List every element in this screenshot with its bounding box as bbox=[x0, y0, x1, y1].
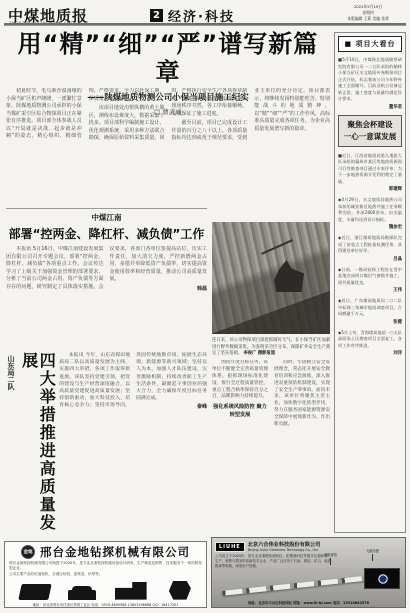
jindi-logo-icon: 金地 bbox=[21, 545, 35, 559]
product-photo-hydraulic-drill bbox=[115, 582, 147, 600]
ad-liuhe-company: 北京六合伟业科技股份有限公司 Beijing Liuhe Greatness T… bbox=[248, 541, 321, 552]
slogan-line-2: 一心一意谋发展 bbox=[339, 131, 401, 143]
brief-item: ◆4月29日，水文地质局地热公司承担的雄安新区地热井施工任务顺利完钻，井深280… bbox=[338, 197, 402, 223]
ad-jindi-contact: 地址：河北省邢台市任泽区邢湾工业区 电话：0319-4605588 136031… bbox=[9, 602, 202, 607]
product-photo-drill-rig bbox=[18, 584, 51, 600]
article3-paragraph: 本报讯 今年，山东省煤田地质局二队以高质量发展为主线，实施四大举措，各项工作取得… bbox=[59, 352, 207, 412]
product-photo-winch bbox=[169, 581, 191, 600]
main-article-body: 初夏时节，毛乌素沙漠南缘的小保当矿区机声隆隆，一派繁忙景象。陕煤地质物测公司承担… bbox=[6, 88, 330, 205]
slogan-box: 聚焦会杯建设 一心一意谋发展 bbox=[338, 115, 402, 147]
news-photo bbox=[212, 222, 330, 334]
brief-item: ◆近日，广东煤炭地质局二○二队中标珠三角城市地质调查项目，合同额逾千万元。 bbox=[338, 298, 402, 318]
main-headline: 用“精”“细”“严”谱写新篇章 bbox=[6, 31, 330, 86]
header-rule bbox=[4, 23, 406, 26]
article4-paragraph: 同时，牢固树立安全发展理念，常态化开展安全教育培训和应急演练，深入推进双重预防机… bbox=[274, 360, 330, 429]
liuhe-logo-icon: LIUHE bbox=[215, 542, 245, 552]
brief-author: 吕晶 bbox=[338, 256, 402, 262]
brief-item: ◆日前，一勘局钻探工程处在晋中盆地完成两口煤层气参数井施工，固井质量优良。 bbox=[338, 267, 402, 287]
article2-kicker: 中煤江南 bbox=[6, 212, 207, 223]
brief-author: 董华君 bbox=[338, 104, 402, 110]
brief-item: ◆近日，浙江煤炭地质局勘探队完成了省重点工程桩基检测任务，获得建设单位好评。 bbox=[338, 235, 402, 255]
ad-jindi-title: 邢台金地钻探机械有限公司 bbox=[40, 544, 190, 560]
tool-callout-label: 测斜探管 bbox=[324, 552, 337, 565]
slogan-line-1: 聚焦会杯建设 bbox=[339, 119, 401, 131]
brief-item: ■近日，江西省地质局第九地质大队承担的赣州市某区块地热资源预可行性勘查项目通过专… bbox=[338, 153, 402, 186]
ad-jindi-desc2: 公司主要产品有坑道钻机、全液压钻机、泥浆泵、钻塔等。 bbox=[9, 572, 202, 577]
article3-body: 本报讯 今年，山东省煤田地质局二队以高质量发展为主线，实施四大举措，各项工作取得… bbox=[59, 352, 207, 534]
article2-author: 韩磊 bbox=[110, 286, 208, 294]
ad-jindi-header: 金地 邢台金地钻探机械有限公司 bbox=[9, 544, 202, 560]
page-number-badge: 2 bbox=[150, 9, 163, 22]
tool-callout-label: 无磁钻铤 bbox=[366, 548, 379, 561]
article3-kicker: 山东局二队 bbox=[6, 352, 16, 534]
sidebar-header: ■ 项目大看台 bbox=[338, 36, 402, 52]
brief-author: 魏参宏 bbox=[338, 224, 402, 230]
article4-paragraph: 围绕年度目标任务，该单位不断健全完善质量管理体系，狠抓现场标准化建设，推行全过程… bbox=[212, 360, 268, 401]
brief-author: 王伟 bbox=[338, 287, 402, 293]
photo-caption: 连日来，该公司物探项目部抢抓晴好天气，在小保当矿区加紧进行野外数据采集，为查明采… bbox=[212, 338, 330, 358]
drill-rig-boom bbox=[261, 239, 293, 255]
editor-line: 本版编辑 王莉 美编 张勇 bbox=[332, 16, 404, 22]
tool-label-text: 测斜探管 bbox=[324, 553, 337, 557]
article4-subhead: 强化系统风险防控 聚力转型发展 bbox=[212, 404, 268, 420]
project-briefs-sidebar: ■ 项目大看台 ■5月10日，中煤陕北地质勘察研究院有限公司一二五队承担的榆林小… bbox=[334, 32, 406, 533]
ad-liuhe-company-en: Beijing Liuhe Greatness Technology Co., … bbox=[248, 548, 321, 552]
article-shandong-erdui: 山东局二队 四大举措推进高质量发展 本报讯 今年，山东省煤田地质局二队以高质量发… bbox=[6, 352, 207, 534]
brief-item: ■5月10日，中煤陕北地质勘察研究院有限公司一二五队承担的榆林小保当矿区水文地质… bbox=[338, 57, 402, 103]
brief-item: ◆5月上旬，青海煤炭地质一○五队高原冻土区勘查项目全面复工，各项工作有序推进。 bbox=[338, 330, 402, 350]
brief-author: 郭建辉 bbox=[338, 186, 402, 192]
article2-headline: 部署“控两金、降杠杆、减负债”工作 bbox=[6, 225, 207, 242]
leader-line bbox=[372, 554, 373, 561]
article2-body: 本报讯 5月16日，中煤江南建设发展集团有限公司召开专题会议，部署“控两金、降杠… bbox=[6, 246, 207, 334]
article-continuation: 围绕年度目标任务，该单位不断健全完善质量管理体系，狠抓现场标准化建设，推行全过程… bbox=[212, 360, 330, 533]
ad-jindi-products bbox=[9, 580, 202, 600]
product-photo-mud-pump bbox=[72, 586, 92, 600]
drill-rig-silhouette bbox=[274, 260, 304, 292]
instrument-dial bbox=[376, 572, 390, 586]
article-zhongmei-jiangnan: 中煤江南 部署“控两金、降杠杆、减负债”工作 本报讯 5月16日，中煤江南建设发… bbox=[6, 208, 207, 334]
instrument-screen-photo bbox=[364, 568, 400, 589]
photo-credit: 李俊广 摄影报道 bbox=[243, 351, 275, 356]
ad-jindi-drilling: 金地 邢台金地钻探机械有限公司 邢台金地钻探机械有限公司始建于2000年，是专业… bbox=[4, 541, 207, 608]
ad-jindi-desc1: 邢台金地钻探机械有限公司始建于2000年，是专业从事钻探机械设备设计研发、生产制… bbox=[9, 561, 202, 571]
ad-liuhe-technology: LIUHE 北京六合伟业科技股份有限公司 Beijing Liuhe Great… bbox=[211, 537, 406, 608]
ad-liuhe-desc: 公司成立于2003年，是专业从事随钻测斜仪、陀螺测斜仪等测井仪器研发、生产、销售… bbox=[215, 554, 331, 569]
article3-vertical-headline: 四大举措推进高质量发展 bbox=[20, 352, 55, 534]
brief-author: 刘洋 bbox=[338, 350, 402, 356]
newspaper-page: 中煤地质报 ZHONGMEI DIZHI BAO · CN11-0178 2 经… bbox=[0, 0, 410, 613]
date-block: 2022年5月19日 星期四 本版编辑 王莉 美编 张勇 bbox=[332, 4, 404, 22]
ad-liuhe-contact: 地址：北京市丰台区科技园区 网址：www.lh-bj.com 电话：139106… bbox=[212, 600, 405, 605]
brief-author: 张健 bbox=[338, 319, 402, 325]
article3-author: 秦峰 bbox=[136, 404, 207, 412]
leader-line bbox=[330, 558, 331, 565]
tool-label-text: 无磁钻铤 bbox=[366, 549, 379, 553]
